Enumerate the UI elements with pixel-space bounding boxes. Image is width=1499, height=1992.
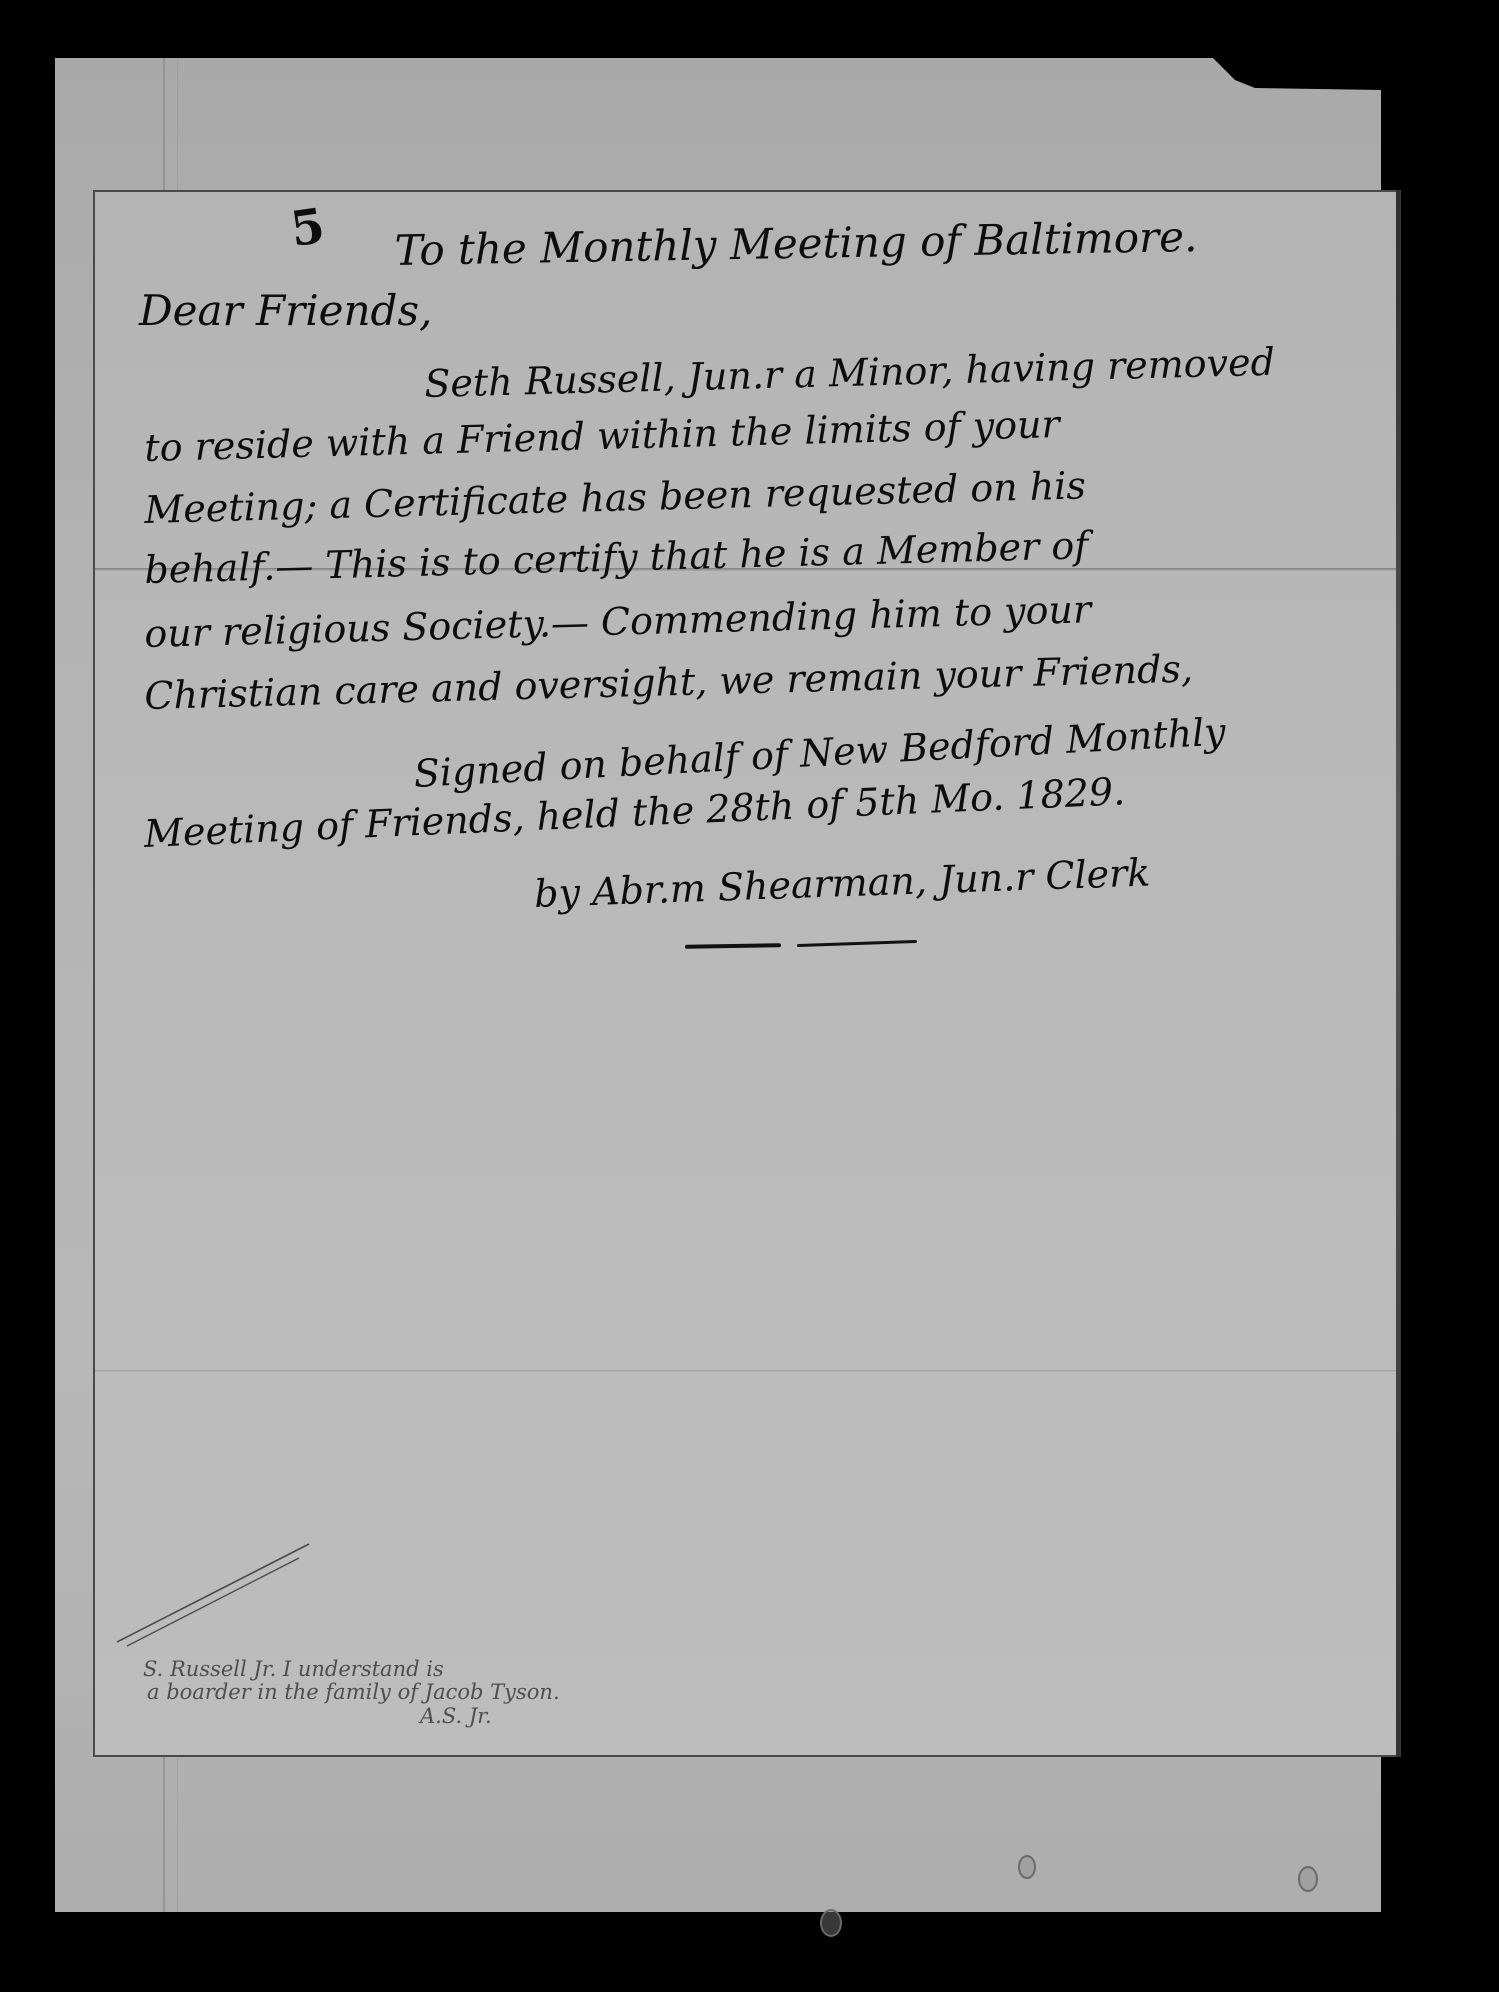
letter-sheet: 5 To the Monthly Meeting of Baltimore. D… <box>93 190 1401 1757</box>
signature: by Abr.m Shearman, Jun.r Clerk <box>533 851 1151 916</box>
stain-mark <box>820 1909 842 1937</box>
pencil-strokes-icon <box>113 1538 313 1648</box>
salutation: Dear Friends, <box>139 286 432 335</box>
address-line: To the Monthly Meeting of Baltimore. <box>394 212 1198 275</box>
body-line: Seth Russell, Jun.r a Minor, having remo… <box>424 340 1276 406</box>
body-line: Meeting; a Certificate has been requeste… <box>144 463 1087 532</box>
fold-line <box>95 1370 1399 1372</box>
pencil-note-line: a boarder in the family of Jacob Tyson. <box>147 1680 560 1704</box>
body-line: our religious Society.— Commending him t… <box>144 587 1092 656</box>
body-line: to reside with a Friend within the limit… <box>144 402 1060 470</box>
body-line: behalf.— This is to certify that he is a… <box>144 523 1089 592</box>
body-line: Christian care and oversight, we remain … <box>144 647 1194 718</box>
folio-number: 5 <box>287 198 328 258</box>
stain-mark <box>1018 1855 1036 1879</box>
stain-mark <box>1298 1866 1318 1892</box>
pencil-note-line: S. Russell Jr. I understand is <box>143 1657 444 1681</box>
pencil-note-initials: A.S. Jr. <box>420 1704 492 1728</box>
signature-flourish-icon <box>685 942 925 948</box>
letter-edge-shadow <box>1396 190 1400 1757</box>
